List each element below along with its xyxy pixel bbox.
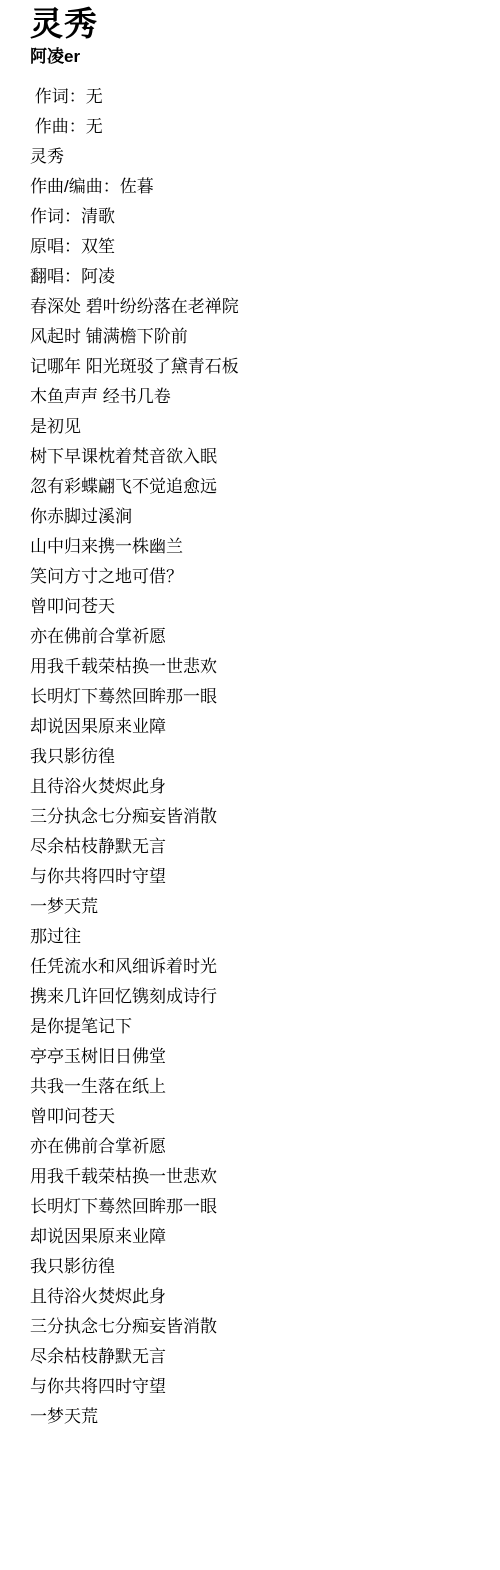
lyric-line: 春深处 碧叶纷纷落在老禅院 [30,292,480,322]
lyrics-block: 作词：无 作曲：无灵秀作曲/编曲：佐暮作词：清歌原唱：双笙翻唱：阿凌春深处 碧叶… [30,82,480,1432]
lyric-line: 风起时 铺满檐下阶前 [30,322,480,352]
lyric-line: 作词：清歌 [30,202,480,232]
lyric-line: 原唱：双笙 [30,232,480,262]
lyric-line: 尽余枯枝静默无言 [30,832,480,862]
lyric-line: 用我千载荣枯换一世悲欢 [30,652,480,682]
lyric-line: 一梦天荒 [30,1402,480,1432]
lyric-line: 灵秀 [30,142,480,172]
lyric-line: 亦在佛前合掌祈愿 [30,622,480,652]
lyric-line: 与你共将四时守望 [30,1372,480,1402]
lyric-line: 翻唱：阿凌 [30,262,480,292]
lyric-line: 与你共将四时守望 [30,862,480,892]
lyric-line: 我只影彷徨 [30,742,480,772]
lyric-line: 曾叩问苍天 [30,1102,480,1132]
lyric-line: 尽余枯枝静默无言 [30,1342,480,1372]
page-title: 灵秀 [30,2,480,44]
lyric-line: 三分执念七分痴妄皆消散 [30,802,480,832]
lyric-line: 一梦天荒 [30,892,480,922]
lyric-line: 笑问方寸之地可借？ [30,562,480,592]
lyric-line: 却说因果原来业障 [30,1222,480,1252]
lyric-line: 三分执念七分痴妄皆消散 [30,1312,480,1342]
lyric-line: 共我一生落在纸上 [30,1072,480,1102]
lyric-line: 你赤脚过溪涧 [30,502,480,532]
lyric-line: 忽有彩蝶翩飞不觉追愈远 [30,472,480,502]
lyric-line: 是初见 [30,412,480,442]
lyric-line: 是你提笔记下 [30,1012,480,1042]
lyric-line: 且待浴火焚烬此身 [30,1282,480,1312]
artist-name: 阿凌er [30,44,480,70]
lyric-line: 任凭流水和风细诉着时光 [30,952,480,982]
lyric-line: 却说因果原来业障 [30,712,480,742]
lyric-line: 亭亭玉树旧日佛堂 [30,1042,480,1072]
lyric-line: 木鱼声声 经书几卷 [30,382,480,412]
lyric-line: 长明灯下蓦然回眸那一眼 [30,1192,480,1222]
lyric-line: 作曲/编曲：佐暮 [30,172,480,202]
lyric-line: 树下早课枕着梵音欲入眠 [30,442,480,472]
lyrics-page: 灵秀 阿凌er 作词：无 作曲：无灵秀作曲/编曲：佐暮作词：清歌原唱：双笙翻唱：… [0,0,500,1570]
lyric-line: 曾叩问苍天 [30,592,480,622]
lyric-line: 亦在佛前合掌祈愿 [30,1132,480,1162]
lyric-line: 用我千载荣枯换一世悲欢 [30,1162,480,1192]
lyric-line: 且待浴火焚烬此身 [30,772,480,802]
lyric-line: 记哪年 阳光斑驳了黛青石板 [30,352,480,382]
lyric-line: 那过往 [30,922,480,952]
lyric-line: 携来几许回忆镌刻成诗行 [30,982,480,1012]
lyric-line: 我只影彷徨 [30,1252,480,1282]
lyric-line: 山中归来携一株幽兰 [30,532,480,562]
lyric-line: 作词：无 [30,82,480,112]
lyric-line: 作曲：无 [30,112,480,142]
lyric-line: 长明灯下蓦然回眸那一眼 [30,682,480,712]
